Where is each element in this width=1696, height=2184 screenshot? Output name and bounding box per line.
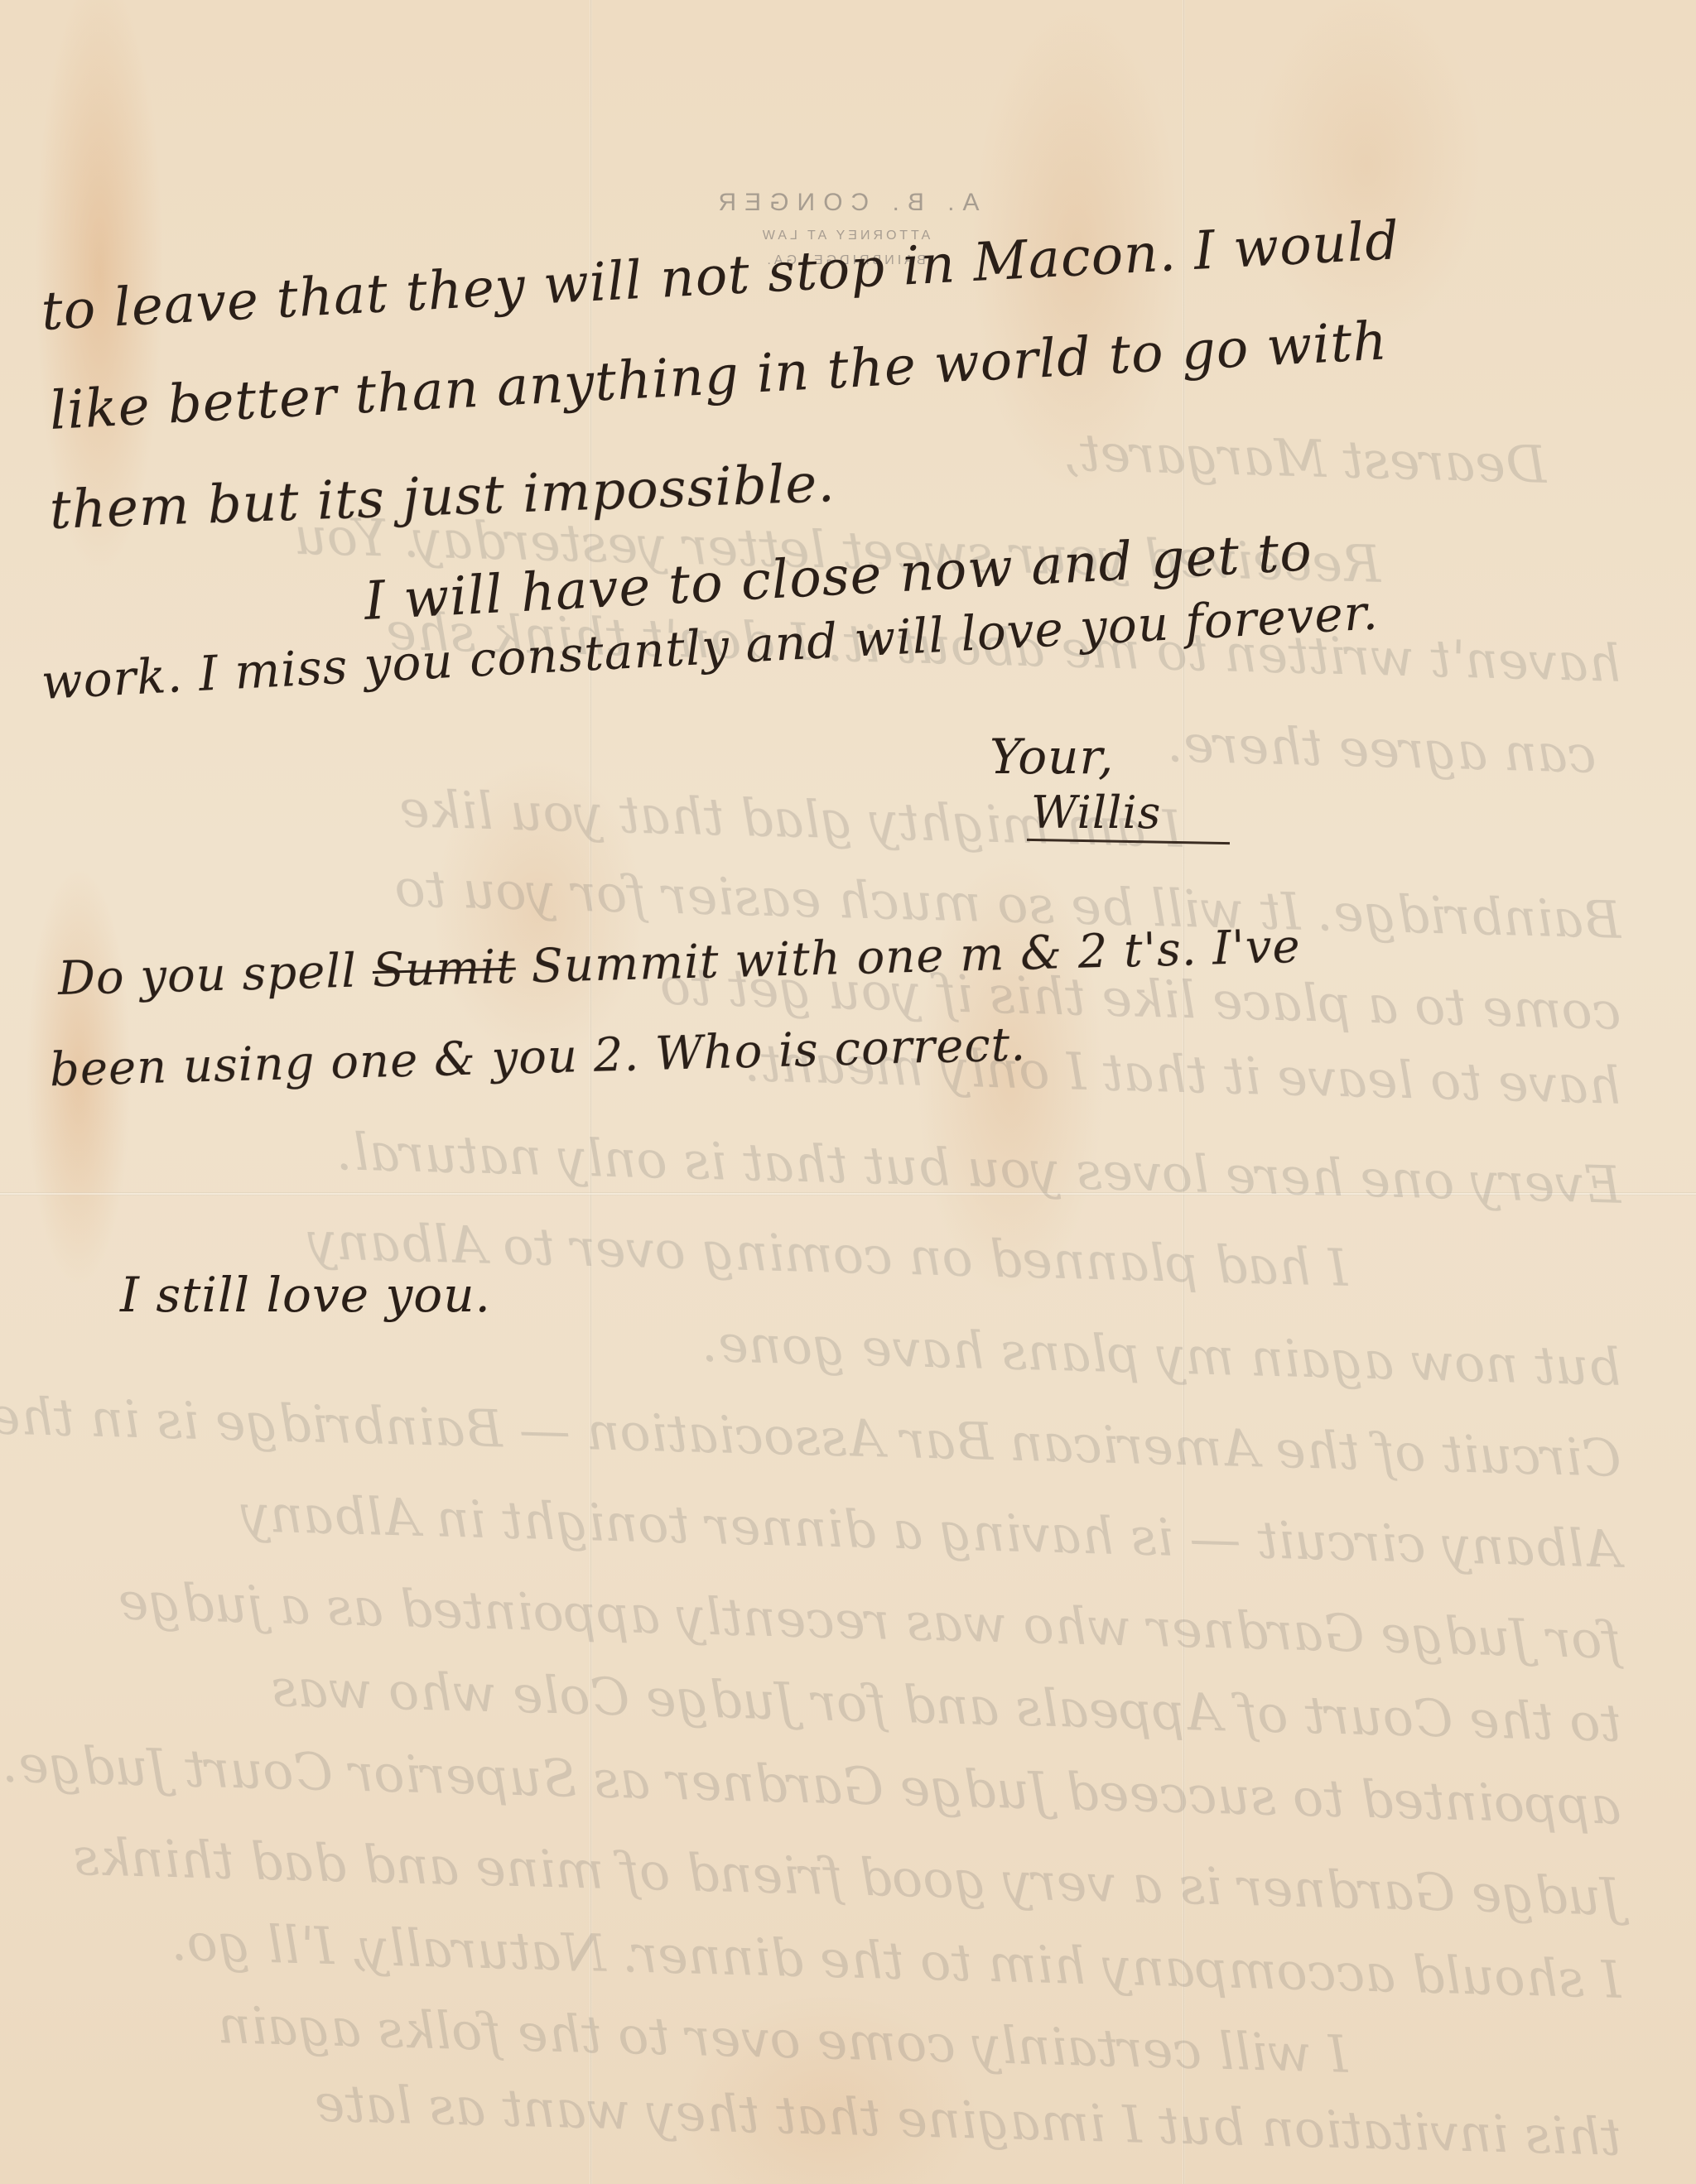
horizontal-fold xyxy=(0,1192,1696,1195)
letter-line-3: them but its just impossible. xyxy=(49,453,836,541)
postscript-2: I still love you. xyxy=(120,1267,491,1323)
bleed-line: to the Court of Appeals and for Judge Co… xyxy=(47,1652,1621,1753)
bleed-line: Albany circuit — is having a dinner toni… xyxy=(47,1478,1621,1580)
vertical-fold-left xyxy=(590,0,592,2184)
bleed-line: this invitation but I imagine that they … xyxy=(47,2066,1621,2167)
bleed-line: appointed to succeed Judge Gardner as Su… xyxy=(47,1734,1621,1836)
letterhead-name: A. B. CONGER xyxy=(687,189,1002,217)
struck-word: Sumit xyxy=(372,940,517,998)
letter-page: Dearest Margaret, Received your sweet le… xyxy=(0,0,1696,2184)
postscript-line-1: Do you spell Sumit Summit with one m & 2… xyxy=(57,920,1301,1006)
bleed-line: Circuit of the American Bar Association … xyxy=(47,1387,1621,1489)
postscript-text-before: Do you spell xyxy=(57,945,358,1006)
signature-underline xyxy=(1027,839,1230,844)
bleed-line: Judge Gardner is a very good friend of m… xyxy=(47,1826,1621,1927)
bleed-line: I will certainly come over to the folks … xyxy=(0,1983,1349,2085)
postscript-text-after: Summit with one m & 2 t's. I've xyxy=(531,920,1302,993)
bleed-line: for Judge Gardner who was recently appoi… xyxy=(47,1569,1621,1671)
signature: Willis xyxy=(1031,787,1161,839)
postscript-line-2: been using one & you 2. Who is correct. xyxy=(49,1017,1027,1097)
bleed-line: I should accompany him to the dinner. Na… xyxy=(47,1908,1621,2010)
closing: Your, xyxy=(990,729,1114,785)
bleed-line: Every one here loves you but that is onl… xyxy=(47,1114,1621,1215)
